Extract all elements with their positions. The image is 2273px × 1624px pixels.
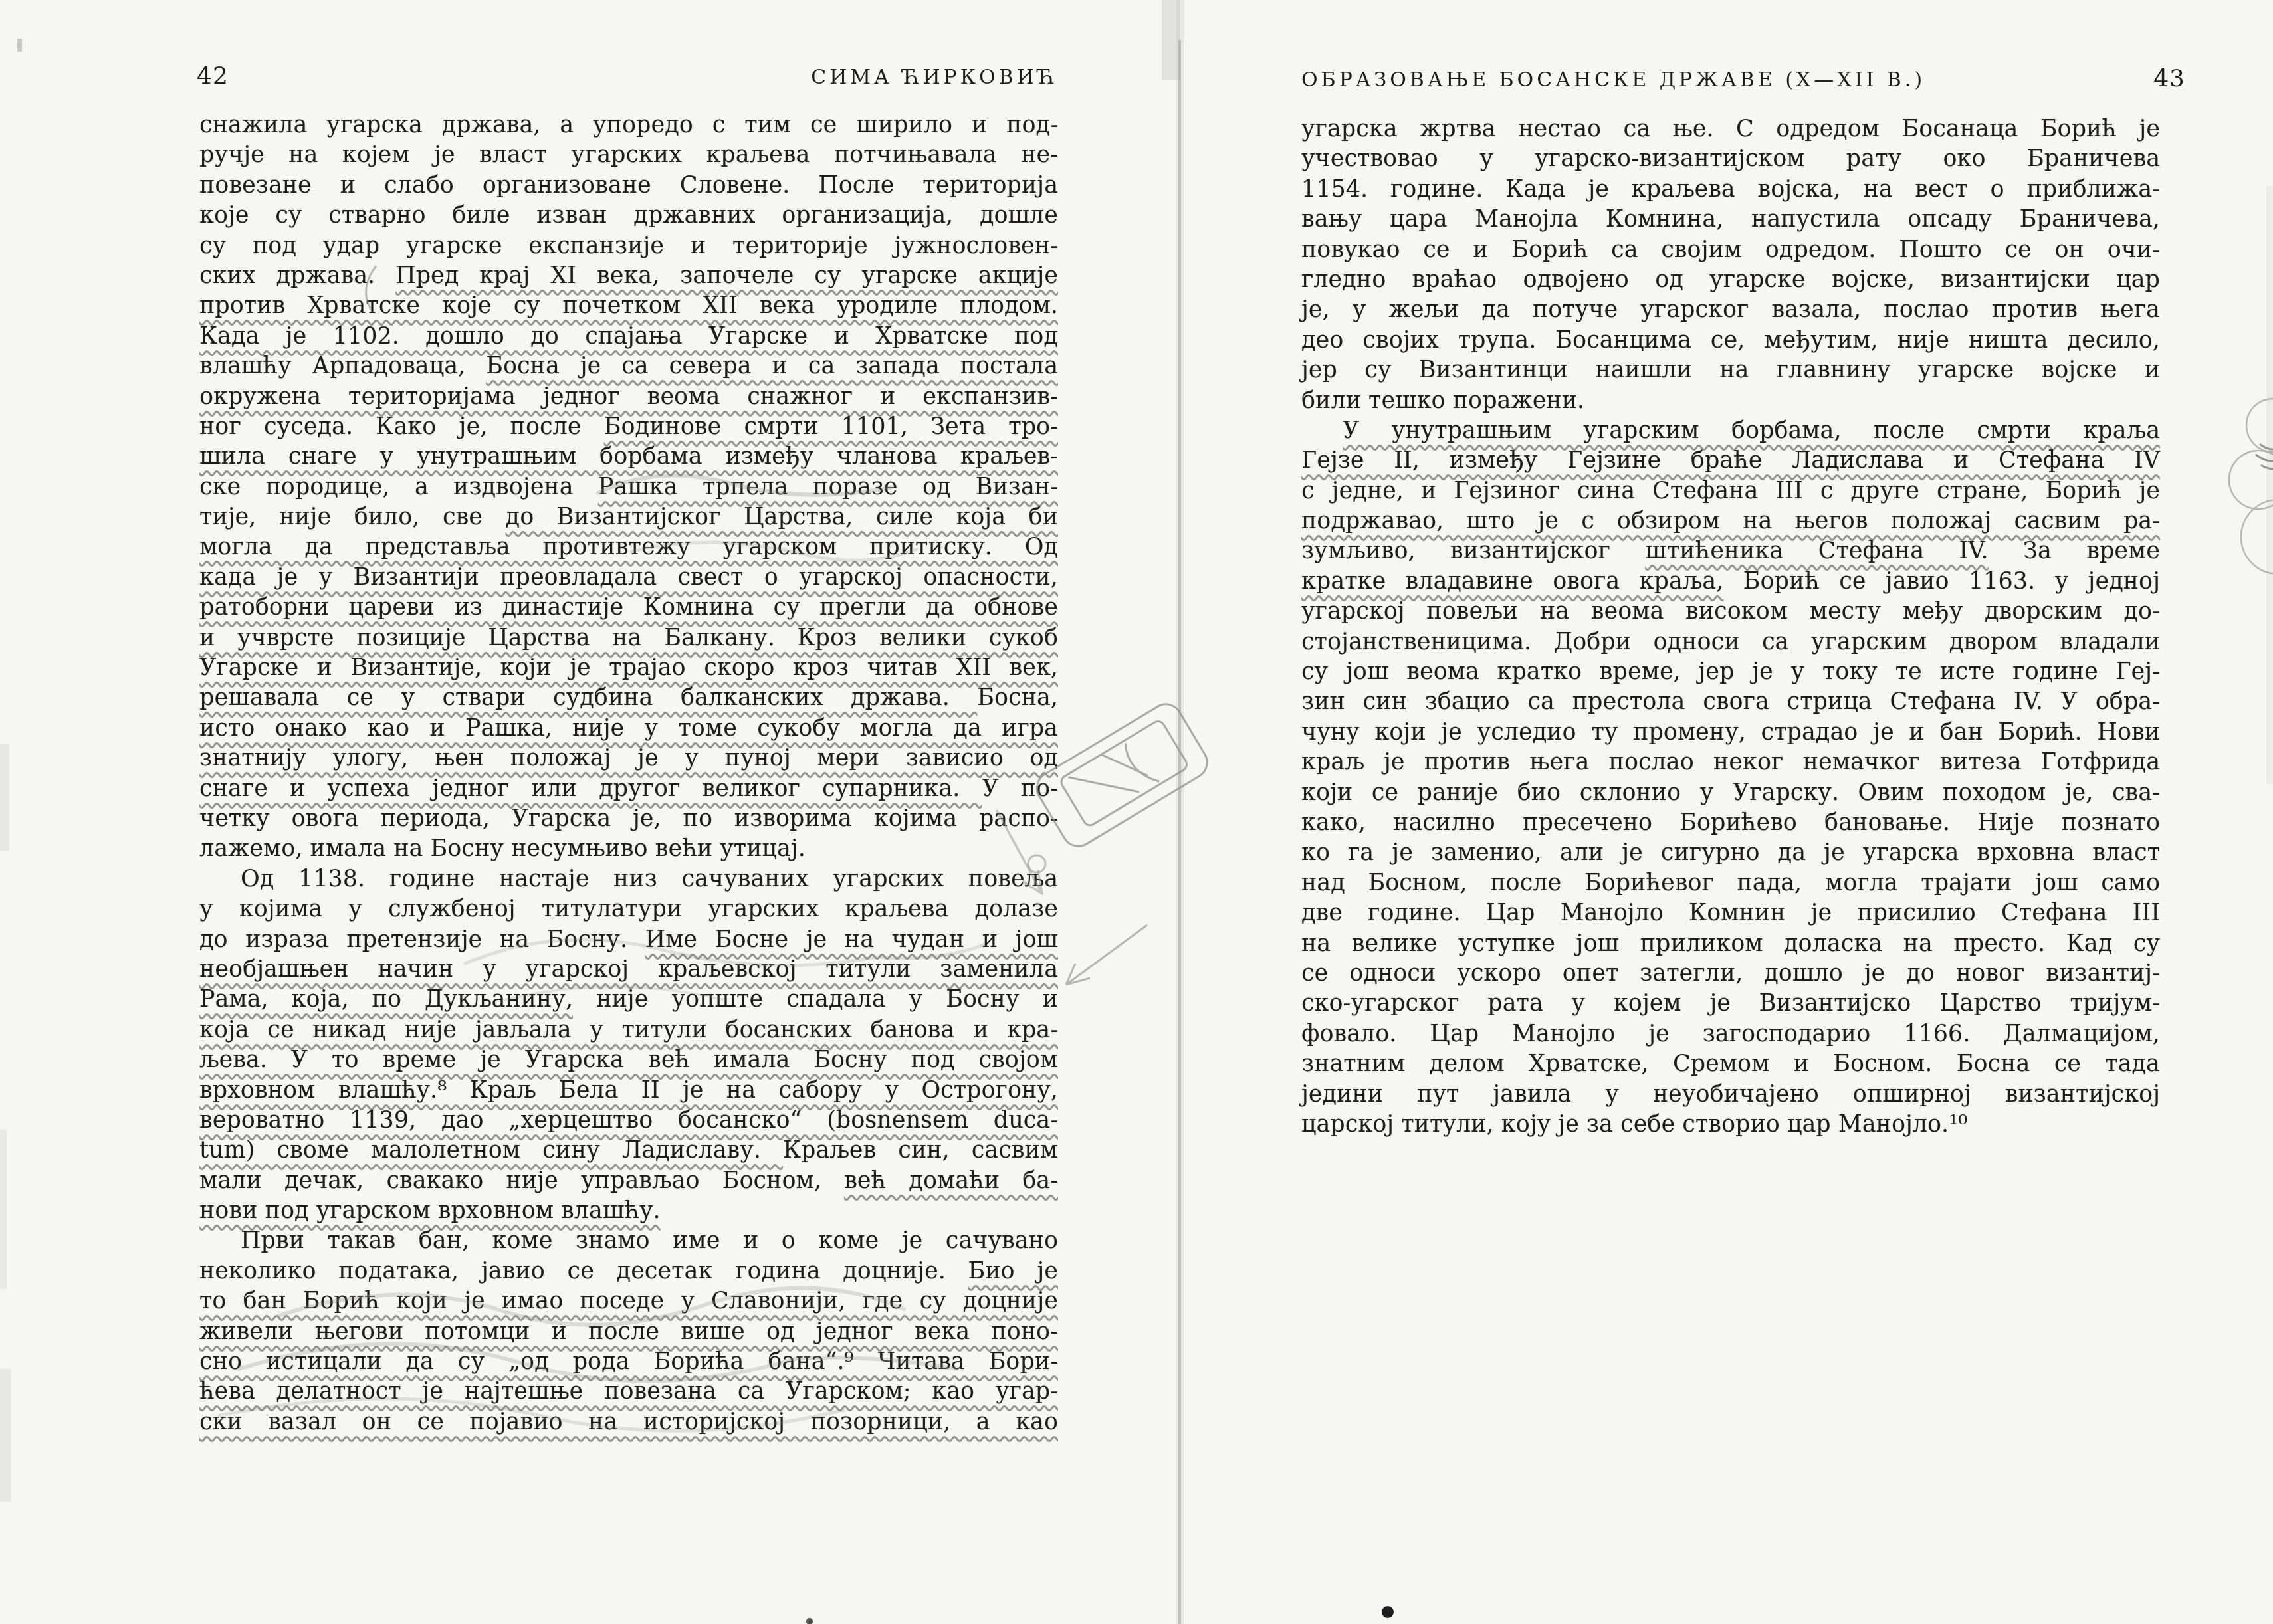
- text-line: ратоборни цареви из династије Комнина су…: [199, 593, 1058, 623]
- text-line: ручје на којем је власт угарских краљева…: [199, 140, 1058, 170]
- text-segment: краљ је против њега послао неког немачко…: [1301, 749, 2160, 775]
- text-segment: мали дечак, свакако није управљао Босном…: [199, 1167, 844, 1194]
- pencil-underlined-text: штићеника Стефана IV.: [1645, 538, 1988, 564]
- text-segment: које су стварно биле изван државних орга…: [199, 202, 1058, 229]
- text-segment: чуну који је уследио ту промену, страдао…: [1301, 719, 2160, 746]
- text-segment: фовало. Цар Манојло је загосподарио 1166…: [1301, 1021, 2160, 1047]
- pencil-underlined-text: Гејзе II, између Гејзине браће Ладислава…: [1301, 447, 2160, 474]
- text-segment: лажемо, имала на Босну несумњиво већи ут…: [199, 835, 806, 862]
- pencil-underlined-text: знатнију улогу, њен положај је у пуној м…: [199, 745, 1058, 771]
- text-line: део својих трупа. Босанцима се, међутим,…: [1301, 326, 2160, 355]
- pencil-underlined-text: Бодинове смрти 1101, Зета тро-: [604, 413, 1058, 440]
- text-line: снажила угарска држава, а упоредо с тим …: [199, 110, 1058, 140]
- pencil-underlined-text: и учврсте позиције Царства на Балкану. К…: [199, 625, 1058, 651]
- text-segment: влашћу Арпадоваца,: [199, 353, 486, 379]
- pencil-underlined-text: живели његови потомци и после више од је…: [199, 1318, 1058, 1345]
- pencil-underlined-text: могла да представља противтежу угарском …: [199, 534, 1058, 560]
- text-line: који се раније био склонио у Угарску. Ов…: [1301, 778, 2160, 808]
- text-line: Када је 1102. дошло до спајања Угарске и…: [199, 322, 1058, 352]
- text-line: Од 1138. године настаје низ сачуваних уг…: [199, 864, 1058, 894]
- text-line: били тешко поражени.: [1301, 386, 2160, 416]
- pencil-underlined-text: Име Босне је на чудан и још: [645, 926, 1058, 953]
- text-segment: учествовао у угарско-византијском рату о…: [1301, 146, 2160, 172]
- text-segment: гледно враћао одвојено од угарске војске…: [1301, 266, 2160, 293]
- text-segment: су под удар угарске експанзије и територ…: [199, 233, 1058, 259]
- pencil-underlined-text: Био је: [968, 1258, 1058, 1284]
- text-line: подржавао, што је с обзиром на његов пол…: [1301, 506, 2160, 536]
- pencil-underlined-text: У унутрашњим угарским борбама, после смр…: [1343, 417, 2160, 444]
- text-line: гледно враћао одвојено од угарске војске…: [1301, 265, 2160, 295]
- text-line: повукао се и Борић са својим одредом. По…: [1301, 235, 2160, 265]
- text-line: које су стварно биле изван државних орга…: [199, 201, 1058, 231]
- text-line: када је у Византији преовладала свест о …: [199, 563, 1058, 593]
- text-segment: над Босном, после Борићевог пада, могла …: [1301, 870, 2160, 896]
- text-line: против Хрватске које су почетком XII век…: [199, 291, 1058, 321]
- page-number-left: 42: [197, 62, 229, 90]
- text-line: до израза претензије на Босну. Име Босне…: [199, 925, 1058, 955]
- text-line: У унутрашњим угарским борбама, после смр…: [1301, 416, 2160, 446]
- pencil-underlined-text: нови под угарском врховном влашћу.: [199, 1197, 661, 1224]
- pencil-underlined-text: врховном влашћу.⁸ Краљ Бела II је на саб…: [199, 1077, 1058, 1104]
- flower-scribble-doodle: [2229, 399, 2273, 574]
- text-segment: повукао се и Борић са својим одредом. По…: [1301, 237, 2160, 263]
- text-line: Први такав бан, коме знамо име и о коме …: [199, 1226, 1058, 1256]
- text-segment: је, у жељи да потуче угарског вазала, по…: [1301, 296, 2160, 323]
- text-segment: повезане и слабо организоване Словене. П…: [199, 172, 1058, 199]
- text-segment: царској титули, коју је за себе створио …: [1301, 1111, 1967, 1138]
- pencil-underlined-text: исто онако као и Рашка, није у томе суко…: [199, 715, 1058, 742]
- pencil-underlined-text: већ домаћи ба-: [844, 1167, 1058, 1194]
- pencil-underlined-text: окружена територијама једног веома снажн…: [199, 383, 1058, 410]
- text-line: шила снаге у унутрашњим борбама између ч…: [199, 442, 1058, 472]
- text-line: необјашњен начин у угарској краљевској т…: [199, 955, 1058, 985]
- text-line: Угарске и Византије, који је трајао скор…: [199, 653, 1058, 683]
- text-segment: 1154. године. Када је краљева војска, на…: [1301, 176, 2160, 203]
- text-segment: У по-: [982, 775, 1058, 802]
- text-line: су под удар угарске експанзије и територ…: [199, 231, 1058, 261]
- pencil-underlined-text: Пред крај XI века, започеле су угарске а…: [395, 262, 1058, 289]
- text-line: над Босном, после Борићевог пада, могла …: [1301, 868, 2160, 898]
- pencil-underlined-text: ски вазал он се појавио на историјској п…: [199, 1409, 1058, 1435]
- text-line: угарска жртва нестао са ње. С одредом Бо…: [1301, 114, 2160, 144]
- text-segment: вању цара Манојла Комнина, напустила опс…: [1301, 206, 2160, 233]
- text-segment: стојанственицима. Добри односи са угарск…: [1301, 629, 2160, 655]
- pencil-underlined-text: која се никад није јављала у титули боса…: [199, 1017, 1058, 1043]
- text-segment: угарска жртва нестао са ње. С одредом Бо…: [1301, 116, 2160, 142]
- text-line: повезане и слабо организоване Словене. П…: [199, 171, 1058, 201]
- text-segment: у којима у службеној титулатури угарских…: [199, 896, 1058, 922]
- paragraph: снажила угарска држава, а упоредо с тим …: [199, 110, 1058, 864]
- text-line: једини пут јавила у неуобичајено опширно…: [1301, 1080, 2160, 1110]
- text-line: Рама, која, по Дукљанину, није уопште сп…: [199, 985, 1058, 1015]
- text-segment: који се раније био склонио у Угарску. Ов…: [1301, 779, 2160, 806]
- text-line: знатнију улогу, њен положај је у пуној м…: [199, 744, 1058, 773]
- paragraph: У унутрашњим угарским борбама, после смр…: [1301, 416, 2160, 1140]
- pencil-underlined-text: вероватно 1139, дао „херцештво босанско“…: [199, 1107, 1058, 1134]
- text-line: tum) своме малолетном сину Ладиславу. Кр…: [199, 1136, 1058, 1166]
- text-segment: знатним делом Хрватске, Сремом и Босном.…: [1301, 1051, 2160, 1077]
- text-line: су још веома кратко време, јер је у току…: [1301, 657, 2160, 687]
- text-segment: једини пут јавила у неуобичајено опширно…: [1301, 1081, 2160, 1108]
- text-line: две године. Цар Манојло Комнин је присил…: [1301, 898, 2160, 928]
- margin-arrow-doodle: [1066, 925, 1147, 985]
- text-line: вању цара Манојла Комнина, напустила опс…: [1301, 205, 2160, 235]
- pencil-underlined-text: решавала се у ствари судбина балканских …: [199, 684, 977, 711]
- text-line: лажемо, имала на Босну несумњиво већи ут…: [199, 834, 1058, 864]
- running-header-author: СИМА ЋИРКОВИЋ: [811, 66, 1058, 89]
- pencil-underlined-text: Рама, која, по Дукљанину,: [199, 986, 573, 1013]
- pencil-underlined-text: снаге и успеха једног или другог великог…: [199, 775, 982, 802]
- text-line: краљ је против њега послао неког немачко…: [1301, 748, 2160, 777]
- text-segment: две године. Цар Манојло Комнин је присил…: [1301, 900, 2160, 926]
- text-segment: ске породице, а издвојена: [199, 474, 598, 500]
- text-line: окружена територијама једног веома снажн…: [199, 382, 1058, 412]
- text-line: јер су Византинци наишли на главнину уга…: [1301, 355, 2160, 385]
- text-line: влашћу Арпадоваца, Босна је са севера и …: [199, 352, 1058, 381]
- text-line: вероватно 1139, дао „херцештво босанско“…: [199, 1106, 1058, 1136]
- text-line: живели његови потомци и после више од је…: [199, 1317, 1058, 1347]
- text-line: сно истицали да су „од рода Борића бана“…: [199, 1347, 1058, 1377]
- text-segment: јер су Византинци наишли на главнину уга…: [1301, 357, 2160, 383]
- text-line: ко га је заменио, али је сигурно да је у…: [1301, 838, 2160, 868]
- page-right-text-column: угарска жртва нестао са ње. С одредом Бо…: [1301, 114, 2160, 1140]
- text-line: ски вазал он се појавио на историјској п…: [199, 1407, 1058, 1437]
- text-segment: део својих трупа. Босанцима се, међутим,…: [1301, 327, 2160, 354]
- text-segment: зумљиво, византијског: [1301, 538, 1645, 564]
- text-line: мали дечак, свакако није управљао Босном…: [199, 1166, 1058, 1196]
- text-segment: ко га је заменио, али је сигурно да је у…: [1301, 839, 2160, 866]
- text-line: која се никад није јављала у титули боса…: [199, 1015, 1058, 1045]
- pencil-underlined-text: љева. У то време је Угарска већ имала Бо…: [199, 1047, 1058, 1073]
- pencil-underlined-text: ћева делатност је најтешње повезана са У…: [199, 1378, 1058, 1405]
- paragraph: Од 1138. године настаје низ сачуваних уг…: [199, 864, 1058, 1227]
- text-line: и учврсте позиције Царства на Балкану. К…: [199, 623, 1058, 653]
- text-line: снаге и успеха једног или другог великог…: [199, 774, 1058, 804]
- text-line: с једне, и Гејзиног сина Стефана III с д…: [1301, 476, 2160, 506]
- text-segment: с једне, и Гејзиног сина Стефана III с д…: [1301, 478, 2160, 504]
- text-segment: Од 1138. године настаје низ сачуваних уг…: [241, 866, 1058, 892]
- pencil-underlined-text: до Византијског Царства, силе која би: [506, 504, 1058, 530]
- text-segment: се односи ускоро опет затегли, дошло је …: [1301, 960, 2160, 987]
- text-line: 1154. године. Када је краљева војска, на…: [1301, 175, 2160, 205]
- text-segment: За време: [1989, 538, 2160, 564]
- gutter-shadow: [1162, 0, 1184, 1624]
- text-segment: на велике уступке још приликом доласка н…: [1301, 930, 2160, 957]
- text-segment: били тешко поражени.: [1301, 387, 1584, 414]
- pencil-underlined-text: то бан Борић који је имао поседе у Славо…: [199, 1288, 1058, 1314]
- text-segment: ских држава.: [199, 262, 395, 289]
- text-line: решавала се у ствари судбина балканских …: [199, 683, 1058, 713]
- book-scan-spread: 42 СИМА ЋИРКОВИЋ ОБРАЗОВАЊЕ БОСАНСКЕ ДРЖ…: [0, 0, 2273, 1624]
- pencil-underlined-text: tum) своме малолетном сину Ладиславу.: [199, 1137, 783, 1164]
- text-line: Гејзе II, између Гејзине браће Ладислава…: [1301, 446, 2160, 476]
- text-segment: како, насилно пресечено Борићево бановањ…: [1301, 809, 2160, 836]
- text-line: је, у жељи да потуче угарског вазала, по…: [1301, 295, 2160, 325]
- text-segment: Босна,: [977, 684, 1058, 711]
- text-segment: до израза претензије на Босну.: [199, 926, 645, 953]
- text-line: зин син збацио са престола свога стрица …: [1301, 687, 2160, 717]
- text-line: на велике уступке још приликом доласка н…: [1301, 929, 2160, 959]
- text-line: исто онако као и Рашка, није у томе суко…: [199, 714, 1058, 744]
- margin-rectangle-doodle: [1031, 698, 1213, 852]
- pencil-underlined-text: подржавао, што је с обзиром на његов пол…: [1301, 508, 2160, 534]
- paragraph: Први такав бан, коме знамо име и о коме …: [199, 1226, 1058, 1437]
- running-header-chapter-title: ОБРАЗОВАЊЕ БОСАНСКЕ ДРЖАВЕ (X—XII В.): [1301, 68, 1925, 92]
- pencil-underlined-text: Босна је са севера и са запада постала: [486, 353, 1058, 379]
- text-segment: четку овога периода, Угарска је, по изво…: [199, 805, 1058, 832]
- text-segment: ручје на којем је власт угарских краљева…: [199, 142, 1058, 168]
- page-left-text-column: снажила угарска држава, а упоредо с тим …: [199, 110, 1058, 1437]
- text-line: ћева делатност је најтешње повезана са У…: [199, 1377, 1058, 1407]
- text-segment: Борић се јавио 1163. у једној: [1723, 568, 2160, 595]
- pencil-underlined-text: Када је 1102. дошло до спајања Угарске и…: [199, 323, 1058, 350]
- text-line: учествовао у угарско-византијском рату о…: [1301, 144, 2160, 174]
- text-segment: ско-угарског рата у којем је Византијско…: [1301, 990, 2160, 1017]
- text-line: се односи ускоро опет затегли, дошло је …: [1301, 959, 2160, 989]
- text-line: знатним делом Хрватске, Сремом и Босном.…: [1301, 1049, 2160, 1079]
- running-header-right: ОБРАЗОВАЊЕ БОСАНСКЕ ДРЖАВЕ (X—XII В.) 43: [1301, 65, 2185, 92]
- text-line: неколико података, јавио се десетак годи…: [199, 1257, 1058, 1286]
- text-line: могла да представља противтежу угарском …: [199, 532, 1058, 562]
- text-line: како, насилно пресечено Борићево бановањ…: [1301, 808, 2160, 838]
- text-line: фовало. Цар Манојло је загосподарио 1166…: [1301, 1019, 2160, 1049]
- text-line: четку овога периода, Угарска је, по изво…: [199, 804, 1058, 834]
- text-segment: снажила угарска држава, а упоредо с тим …: [199, 112, 1058, 138]
- pencil-underlined-text: шила снаге у унутрашњим борбама између ч…: [199, 443, 1058, 470]
- text-line: царској титули, коју је за себе створио …: [1301, 1110, 2160, 1140]
- text-line: кратке владавине овога краља, Борић се ј…: [1301, 567, 2160, 597]
- pencil-underlined-text: против Хрватске које су почетком XII век…: [199, 292, 1058, 319]
- text-line: у којима у службеној титулатури угарских…: [199, 894, 1058, 924]
- pencil-underlined-text: када је у Византији преовладала свест о …: [199, 564, 1058, 591]
- text-segment: тије, није било, све: [199, 504, 506, 530]
- text-segment: зин син збацио са престола свога стрица …: [1301, 688, 2160, 715]
- paragraph: угарска жртва нестао са ње. С одредом Бо…: [1301, 114, 2160, 416]
- text-line: ног суседа. Како је, после Бодинове смрт…: [199, 412, 1058, 442]
- text-line: ских држава. Пред крај XI века, започеле…: [199, 261, 1058, 291]
- text-line: стојанственицима. Добри односи са угарск…: [1301, 627, 2160, 657]
- text-line: то бан Борић који је имао поседе у Славо…: [199, 1286, 1058, 1316]
- text-line: љева. У то време је Угарска већ имала Бо…: [199, 1045, 1058, 1075]
- text-line: ске породице, а издвојена Рашка трпела п…: [199, 472, 1058, 502]
- pencil-underlined-text: кратке владавине овога краља,: [1301, 568, 1723, 595]
- text-line: зумљиво, византијског штићеника Стефана …: [1301, 536, 2160, 566]
- text-line: ско-угарског рата у којем је Византијско…: [1301, 989, 2160, 1019]
- text-segment: Први такав бан, коме знамо име и о коме …: [241, 1227, 1058, 1254]
- pencil-underlined-text: ратоборни цареви из династије Комнина су…: [199, 594, 1058, 621]
- text-segment: су још веома кратко време, јер је у току…: [1301, 659, 2160, 685]
- pencil-underlined-text: необјашњен начин у угарској краљевској т…: [199, 956, 1058, 983]
- text-segment: неколико података, јавио се десетак годи…: [199, 1258, 968, 1284]
- pencil-underlined-text: сно истицали да су „од рода Борића бана“…: [199, 1348, 1058, 1375]
- pencil-underlined-text: Рашка трпела поразе од Визан-: [598, 474, 1058, 500]
- pencil-underlined-text: Угарске и Византије, који је трајао скор…: [199, 655, 1058, 681]
- page-number-right: 43: [2153, 65, 2185, 92]
- text-line: тије, није било, све до Византијског Цар…: [199, 502, 1058, 532]
- text-segment: угарској повељи на веома високом месту м…: [1301, 598, 2160, 625]
- text-segment: ног суседа. Како је, после: [199, 413, 604, 440]
- text-line: нови под угарском врховном влашћу.: [199, 1196, 1058, 1226]
- text-segment: Краљев син, сасвим: [783, 1137, 1058, 1164]
- text-line: угарској повељи на веома високом месту м…: [1301, 597, 2160, 627]
- text-line: чуну који је уследио ту промену, страдао…: [1301, 718, 2160, 748]
- text-segment: није уопште спадала у Босну и: [573, 986, 1058, 1013]
- running-header-left: 42 СИМА ЋИРКОВИЋ: [197, 62, 1058, 90]
- text-line: врховном влашћу.⁸ Краљ Бела II је на саб…: [199, 1076, 1058, 1106]
